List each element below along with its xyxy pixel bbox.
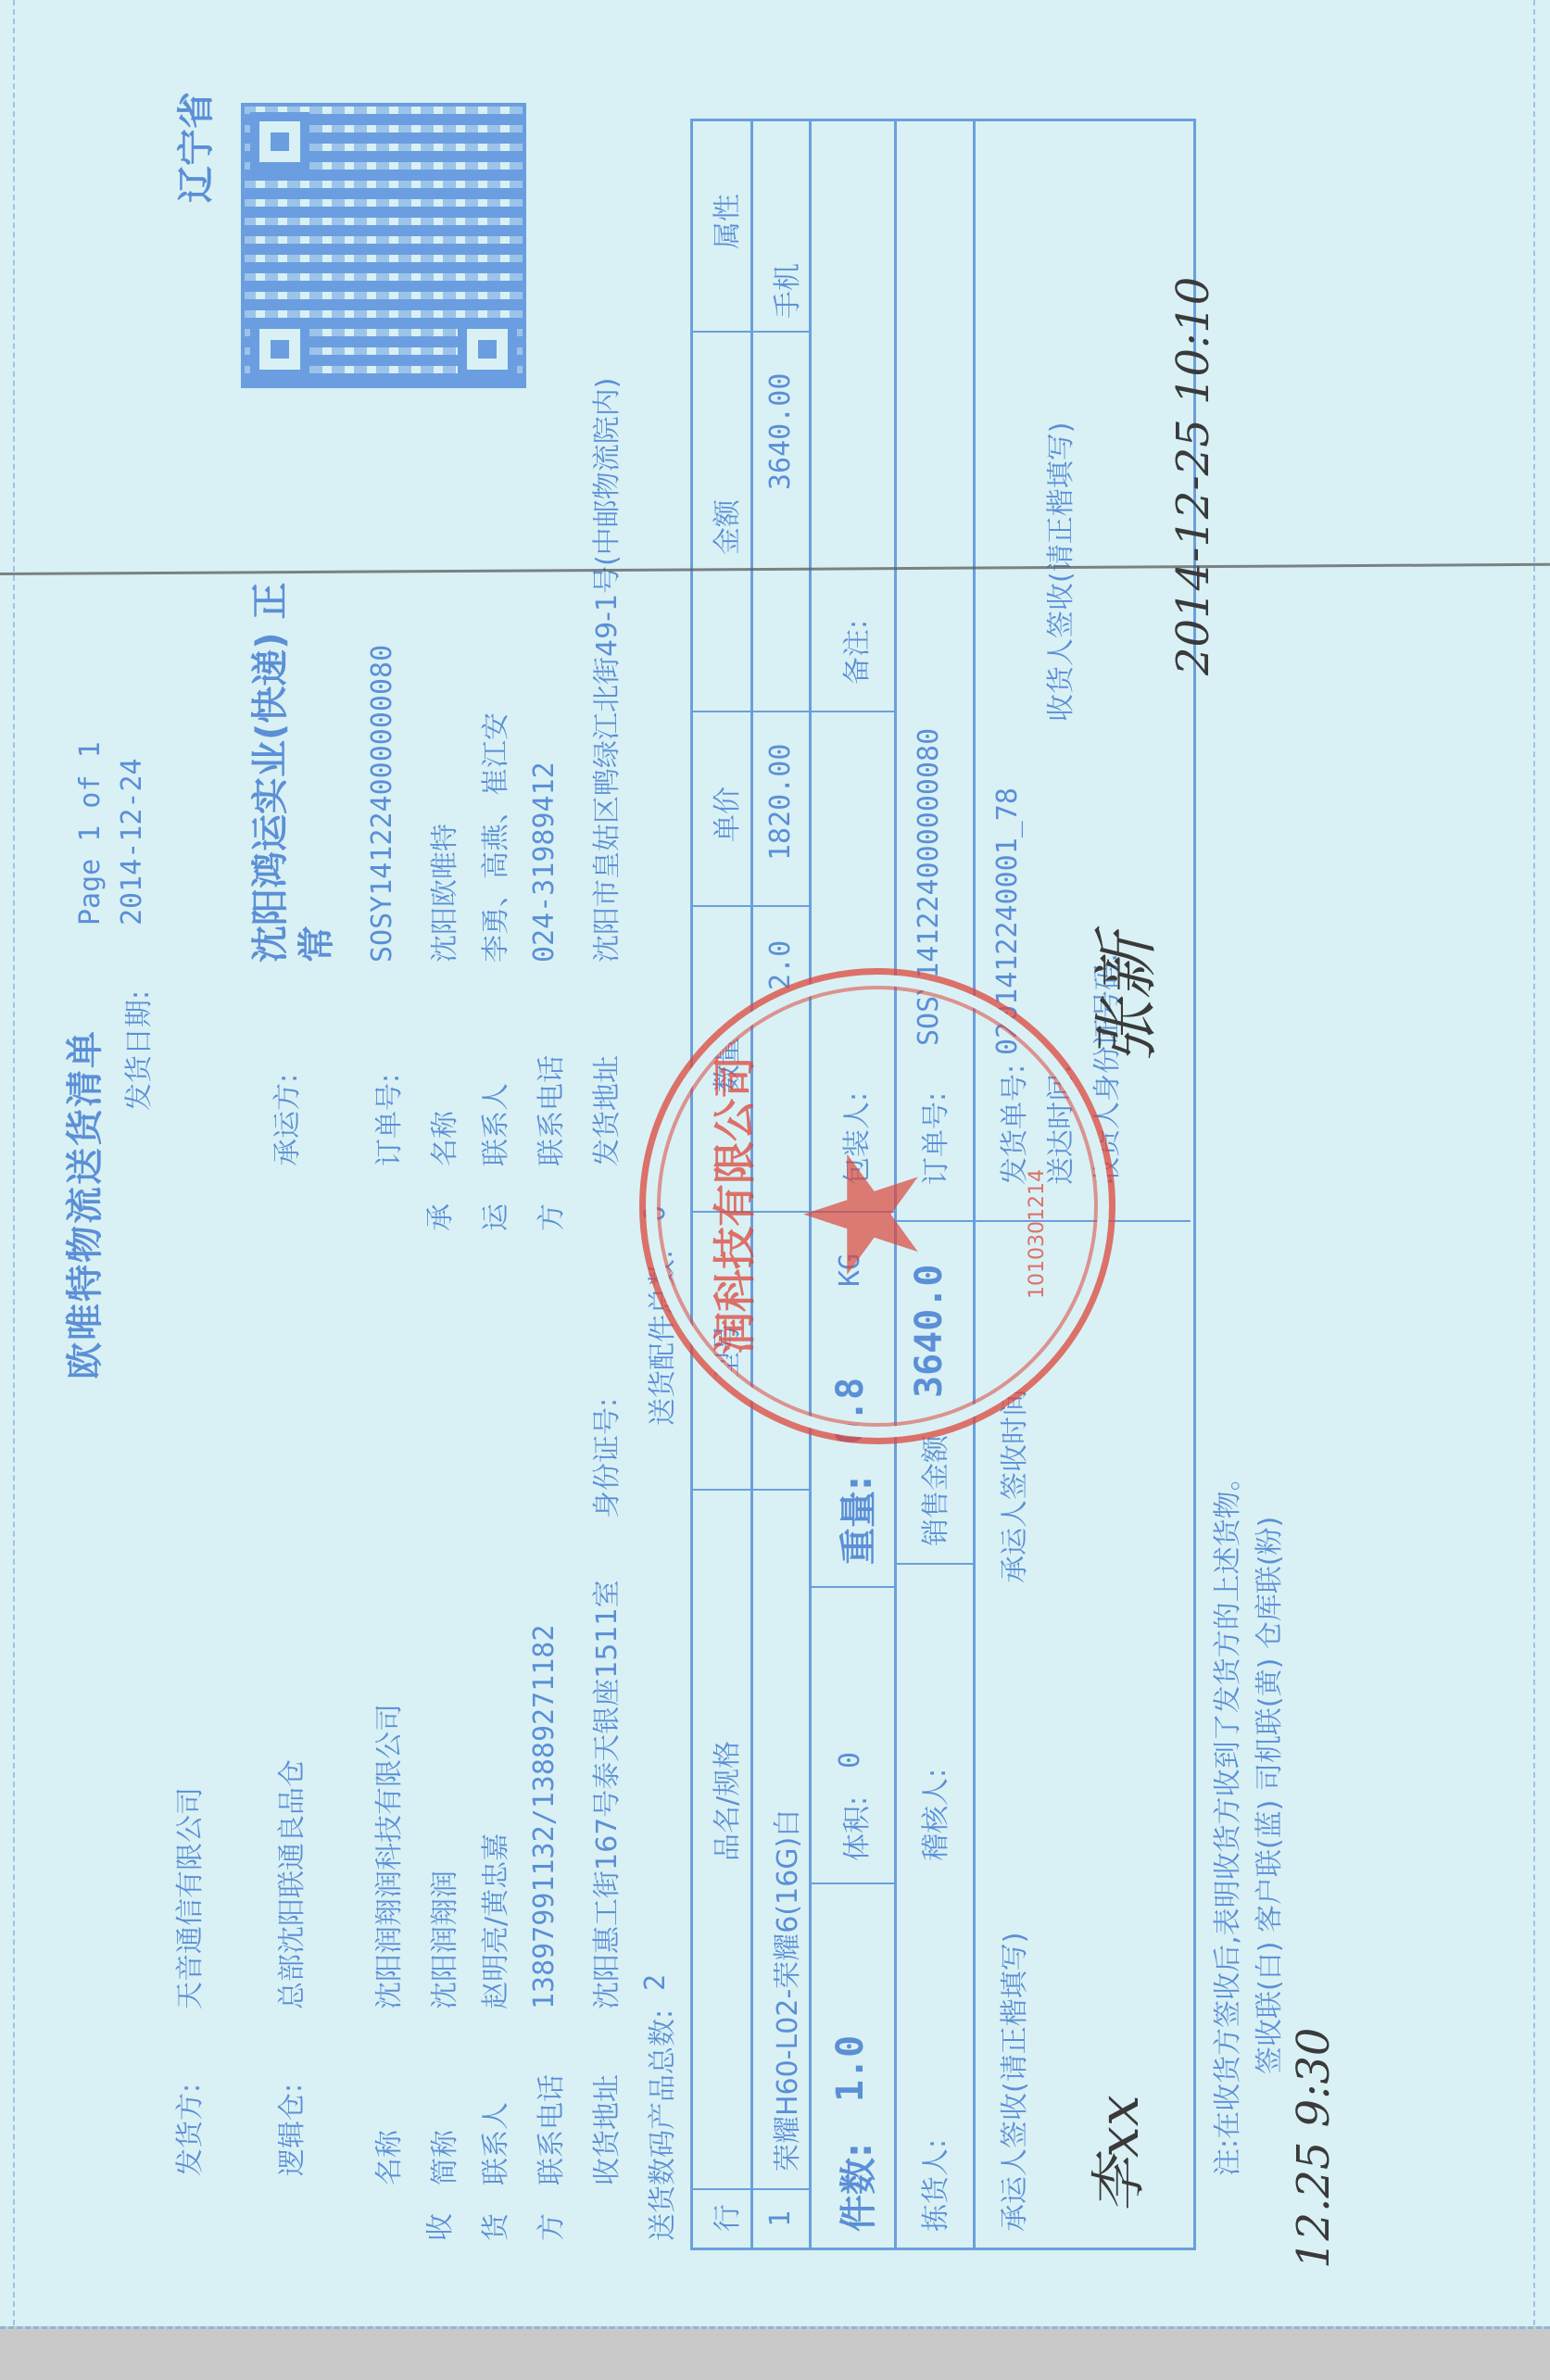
carrier-label: 承运方:	[264, 1074, 305, 1166]
carrier-address: 沈阳市皇姑区鸭绿江北街49-1号(中邮物流院内)	[584, 378, 624, 963]
receiver-contact: 赵明亮/黄忠嘉	[473, 1833, 513, 2009]
reviewer-label: 稽核人:	[913, 1769, 953, 1861]
province-label: 辽宁省	[167, 92, 220, 203]
receiver-id-label: 身份证号:	[584, 1398, 624, 1518]
serial-products-count: 2	[639, 1974, 672, 1991]
row-attribute: 手机	[764, 263, 805, 319]
receiver-handwritten-date: 2014-12-25 10:10	[1167, 277, 1219, 675]
company-seal-stamp: ★ 润科技有限公司 1010301214	[639, 968, 1115, 1444]
carrier-sign-label: 承运人签收(请正楷填写)	[991, 1933, 1032, 2232]
receiver-name: 沈阳润翔润科技有限公司	[366, 1704, 407, 2009]
row-line-no: 1	[764, 2210, 797, 2227]
pieces-label: 件数:	[829, 2143, 882, 2232]
remark-label: 备注:	[834, 620, 875, 685]
table-divider	[693, 905, 809, 907]
table-divider	[809, 1883, 894, 1884]
table-divider	[693, 1489, 809, 1491]
receiver-address-label: 收货地址	[584, 2074, 624, 2185]
ship-date: 2014-12-24	[116, 758, 148, 926]
carrier-value-line2: 常	[287, 926, 340, 963]
ship-date-label: 发货日期:	[116, 990, 157, 1111]
receiver-side-3: 方	[528, 2213, 569, 2241]
carrier-phone-label: 联系电话	[528, 1055, 569, 1166]
row-amount: 3640.00	[764, 373, 797, 490]
col-header-name-spec: 品名/规格	[704, 1741, 745, 1861]
carrier-side-3: 方	[528, 1203, 569, 1231]
receiver-short-label: 简称	[422, 2130, 462, 2185]
qr-finder-icon	[250, 112, 309, 171]
receiver-sign-label: 收货人签收(请正楷填写)	[1038, 422, 1078, 722]
carrier-sign-time-label: 承运人签收时间	[991, 1389, 1032, 1583]
carrier-phone: 024-31989412	[528, 762, 561, 963]
receiver-handwritten-signature: 张新	[1075, 935, 1168, 1064]
receiver-address: 沈阳惠工街167号泰天银座1511室	[584, 1580, 624, 2009]
table-divider	[693, 711, 809, 712]
col-header-attribute: 属性	[704, 194, 745, 249]
receiver-phone-label: 联系电话	[528, 2074, 569, 2185]
carrier-contact-label: 联系人	[473, 1083, 513, 1166]
qr-finder-icon	[458, 320, 517, 379]
warehouse-label: 逻辑仓:	[269, 2084, 309, 2176]
stamp-serial: 1010301214	[1026, 1169, 1049, 1299]
carrier-handwritten-signature: 李xx	[1075, 2095, 1154, 2213]
carrier-side-1: 承	[417, 1203, 458, 1231]
sales-amount-label: 销售金额	[913, 1435, 953, 1546]
picker-label: 拣货人:	[913, 2139, 953, 2232]
shipper-label: 发货方:	[167, 2084, 208, 2176]
row-unit-price: 1820.00	[764, 744, 797, 861]
receiver-side-1: 收	[417, 2213, 458, 2241]
volume-label: 体积:	[834, 1796, 875, 1861]
weight-label: 重量:	[829, 1476, 882, 1565]
volume-value: 0	[834, 1752, 866, 1769]
carrier-side-2: 运	[473, 1203, 513, 1231]
receiver-short: 沈阳润翔润	[422, 1870, 462, 2009]
receiver-side-2: 货	[473, 2213, 513, 2241]
table-divider	[809, 711, 894, 712]
qr-code-icon	[241, 103, 526, 388]
table-divider	[693, 331, 809, 333]
warehouse-value: 总部沈阳联通良品仓	[269, 1759, 309, 2009]
qr-finder-icon	[250, 320, 309, 379]
stamp-text: 润科技有限公司	[701, 1056, 762, 1354]
carrier-order-label: 订单号:	[366, 1074, 407, 1166]
col-header-unit-price: 单价	[704, 787, 745, 842]
star-icon: ★	[785, 1144, 942, 1285]
carrier-address-label: 发货地址	[584, 1055, 624, 1166]
carrier-contact: 李勇、高燕、崔江安	[473, 712, 513, 963]
pieces-value: 1.0	[829, 2035, 872, 2102]
table-divider	[809, 1586, 894, 1588]
shipper-value: 天音通信有限公司	[167, 1787, 208, 2009]
row-name-spec: 荣耀H60-L02-荣耀6(16G)白	[764, 1809, 805, 2172]
rotated-slip-content: 欧唯特物流送货清单 Page 1 of 1 发货日期: 2014-12-24 辽…	[0, 0, 1550, 2380]
slip-title: 欧唯特物流送货清单	[56, 1029, 108, 1379]
carrier-order-no: SOSY141224000000080	[366, 645, 398, 963]
receiver-name-label: 名称	[366, 2130, 407, 2185]
table-divider	[693, 2188, 809, 2190]
receiver-contact-label: 联系人	[473, 2102, 513, 2185]
carrier-name: 沈阳欧唯特	[422, 824, 462, 963]
note-line-2: 签收联(白) 客户联(蓝) 司机联(黄) 仓库联(粉)	[1246, 1517, 1287, 2074]
col-header-amount: 金额	[704, 499, 745, 555]
carrier-value-line1: 沈阳鸿运实业(快递) 正	[241, 583, 294, 963]
receiver-phone: 13897991132/13889271182	[528, 1625, 561, 2009]
carrier-name-label: 名称	[422, 1111, 462, 1166]
page-indicator: Page 1 of 1	[74, 741, 107, 926]
note-line-1: 注:在收货方签收后,表明收货方收到了发货方的上述货物。	[1204, 1463, 1245, 2176]
serial-products-label: 送货数码产品总数:	[639, 2009, 680, 2241]
col-header-line: 行	[704, 2204, 745, 2232]
table-divider	[894, 1563, 973, 1565]
carrier-handwritten-time: 12.25 9:30	[1288, 2028, 1340, 2269]
